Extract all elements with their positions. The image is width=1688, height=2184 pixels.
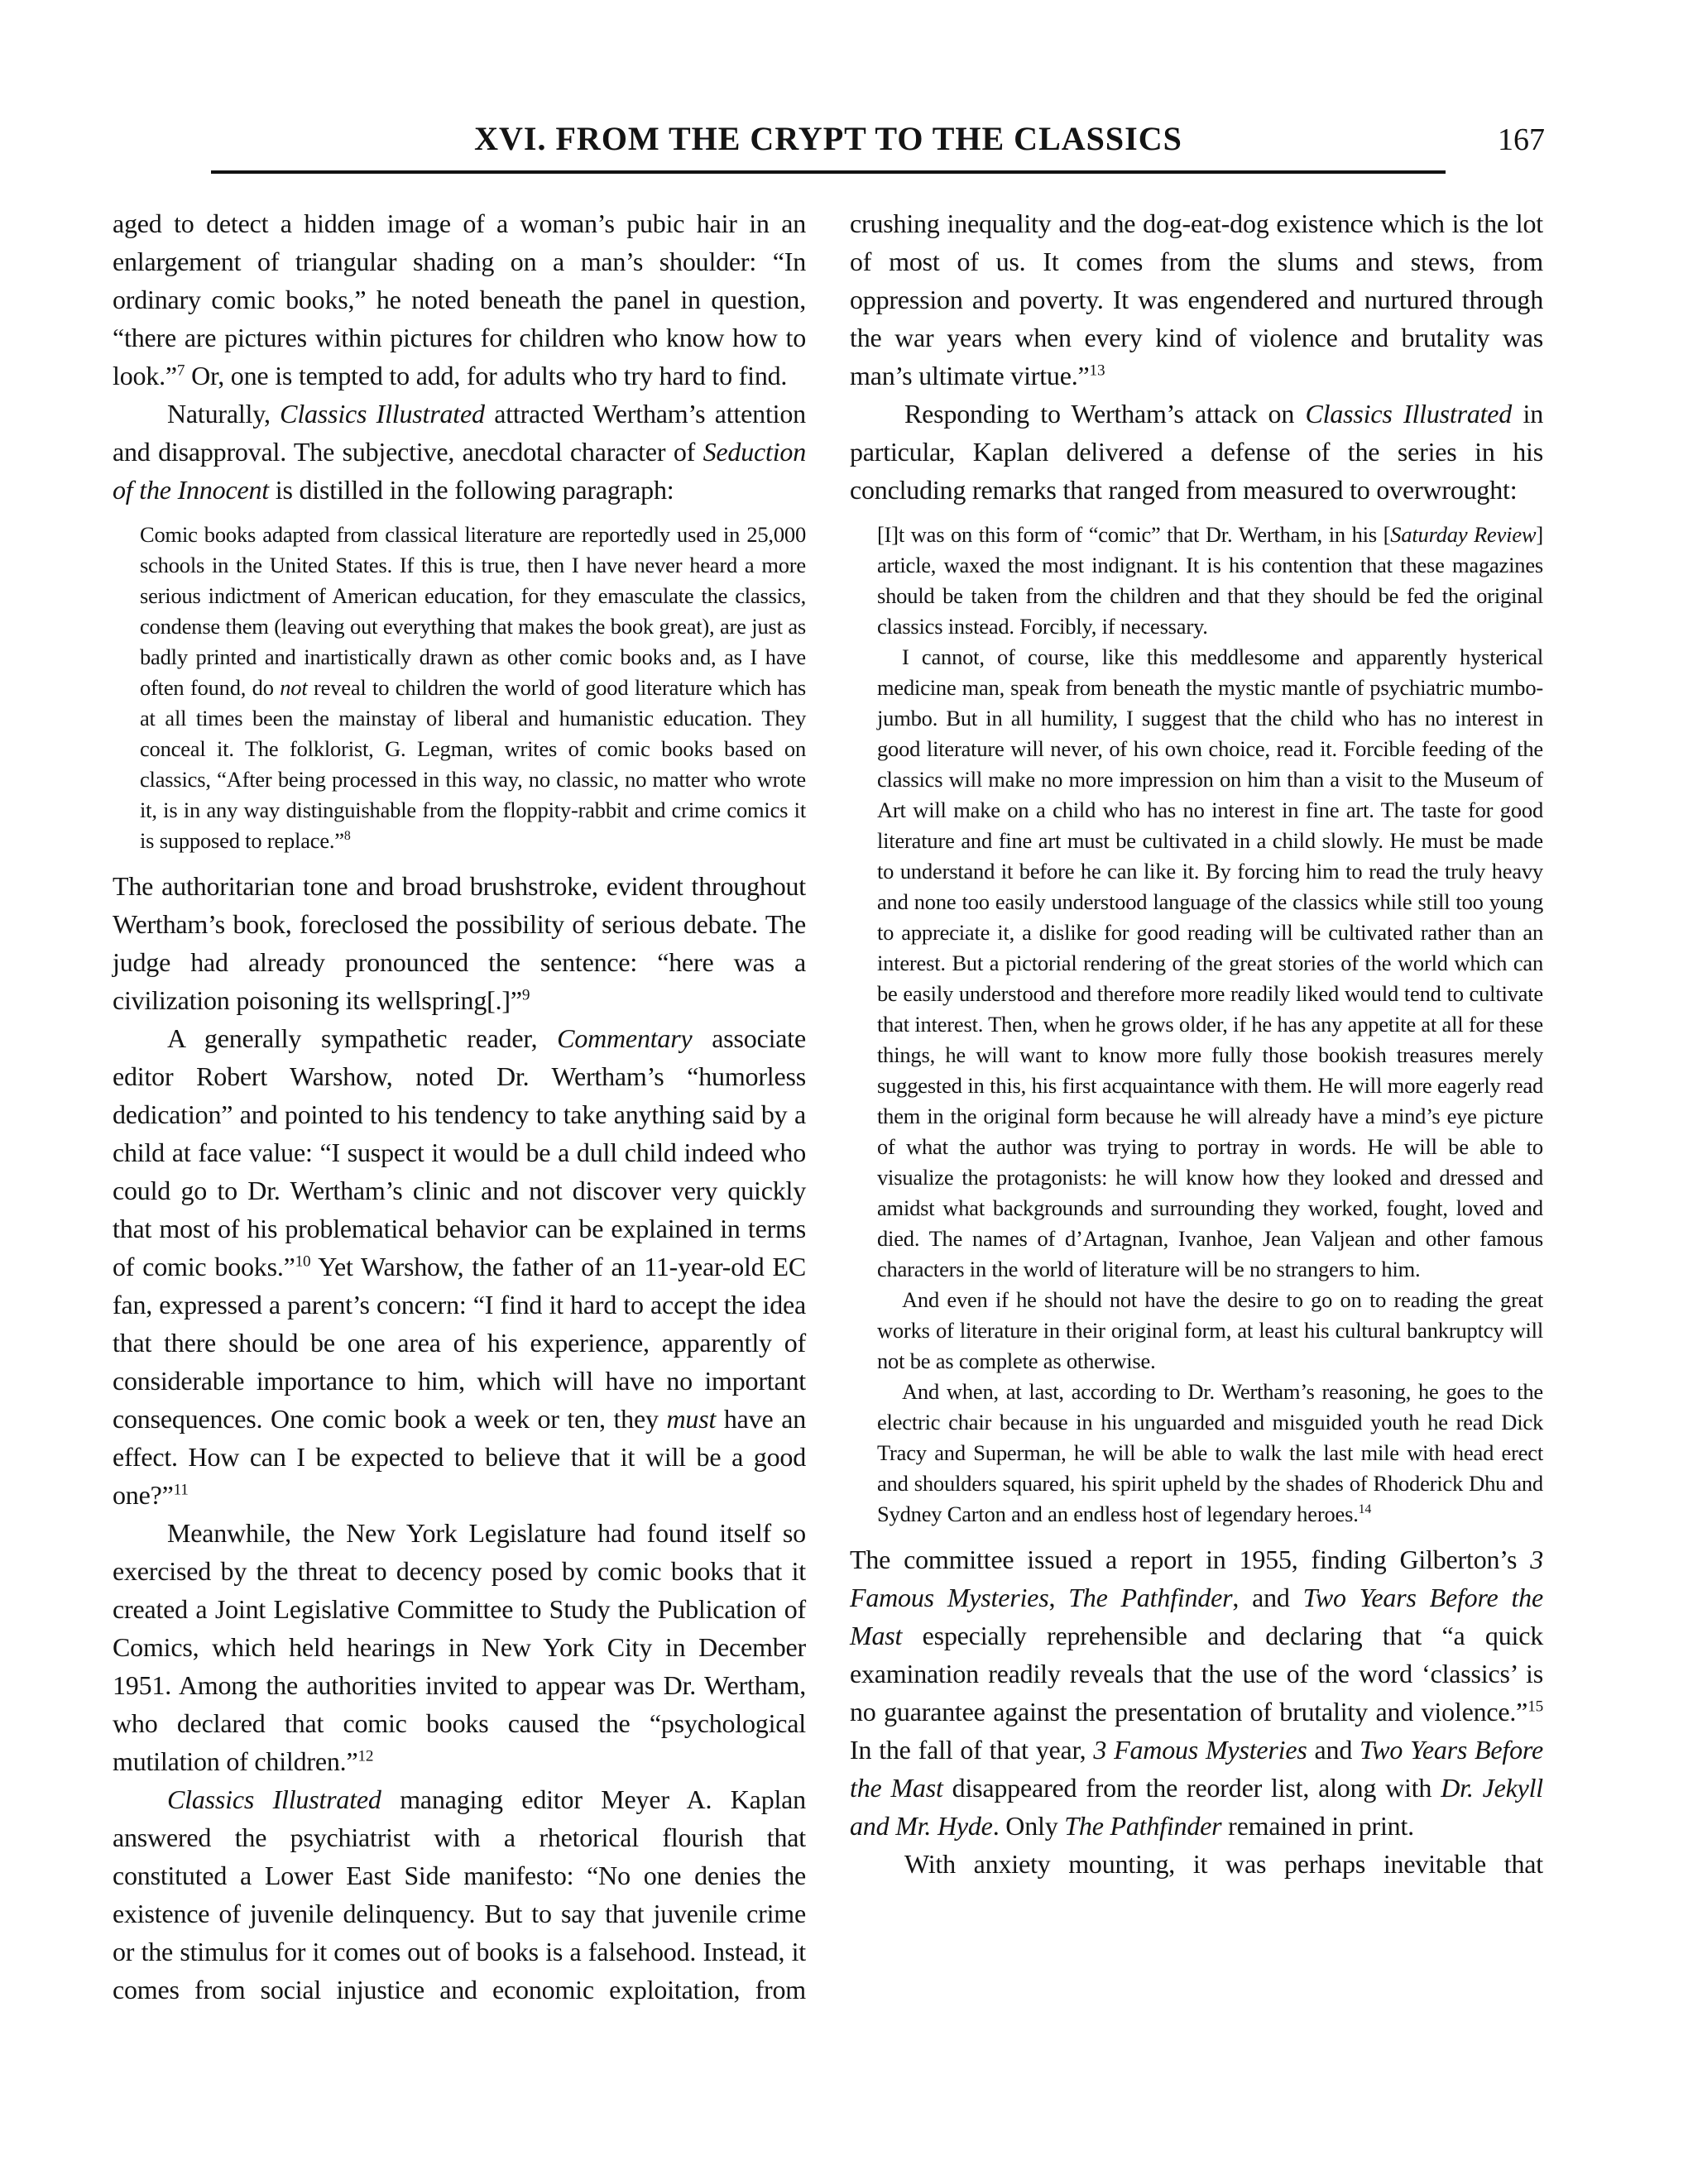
paragraph: aged to detect a hidden image of a woman… <box>113 204 806 395</box>
blockquote-paragraph: Comic books adapted from classical liter… <box>140 520 806 856</box>
paragraph: With anxiety mounting, it was perhaps in… <box>850 1845 1543 1883</box>
page-number: 167 <box>1379 124 1545 156</box>
chapter-title: XVI. FROM THE CRYPT TO THE CLASSICS <box>211 122 1446 156</box>
blockquote-paragraph: And even if he should not have the desir… <box>877 1285 1543 1377</box>
paragraph: Meanwhile, the New York Legislature had … <box>113 1514 806 1780</box>
blockquote: [I]t was on this form of “comic” that Dr… <box>877 520 1543 1530</box>
blockquote-paragraph: I cannot, of course, like this meddlesom… <box>877 642 1543 1285</box>
blockquote: Comic books adapted from classical liter… <box>140 520 806 856</box>
paragraph: The committee issued a report in 1955, f… <box>850 1540 1543 1845</box>
paragraph: The authoritarian tone and broad brushst… <box>113 867 806 1019</box>
paragraph: Naturally, Classics Illustrated attracte… <box>113 395 806 509</box>
book-page: XVI. FROM THE CRYPT TO THE CLASSICS 167 … <box>0 0 1688 2184</box>
header-rule <box>211 170 1446 174</box>
paragraph: Responding to Wertham’s attack on Classi… <box>850 395 1543 509</box>
paragraph: A generally sympathetic reader, Commenta… <box>113 1019 806 1514</box>
right-column: crushing inequality and the dog-eat-dog … <box>850 204 1543 1883</box>
paragraph: Classics Illustrated managing editor Mey… <box>113 1780 806 2009</box>
left-column: aged to detect a hidden image of a woman… <box>113 204 806 2009</box>
paragraph: crushing inequality and the dog-eat-dog … <box>850 204 1543 395</box>
blockquote-paragraph: And when, at last, according to Dr. Wert… <box>877 1377 1543 1530</box>
blockquote-paragraph: [I]t was on this form of “comic” that Dr… <box>877 520 1543 642</box>
